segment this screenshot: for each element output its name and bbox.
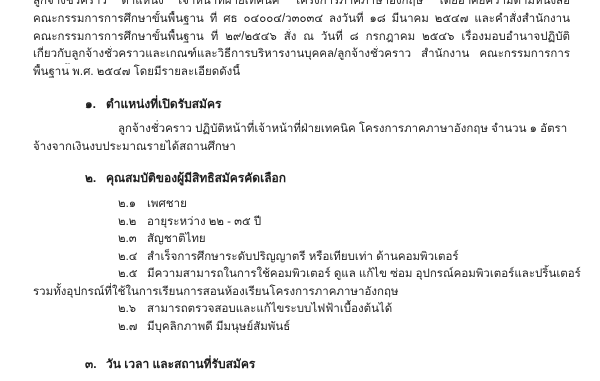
list-item-number: ๒.๓ (118, 231, 147, 249)
list-item-continuation: รวมทั้งอุปกรณ์ที่ใช้ในการเรียนการสอนห้อง… (33, 284, 399, 302)
list-item-text: เพศชาย (147, 198, 187, 210)
intro-line: เกี่ยวกับลูกจ้างชั่วคราวและเกณฑ์และวิธีก… (33, 46, 570, 64)
section-1-body-line: จ้างจากเงินงบประมาณรายได้สถานศึกษา (33, 139, 236, 157)
intro-paragraph: ลูกจ้างชั่วคราว ตำแหน่ง เจ้าหน้าที่ฝ่ายเ… (33, 0, 570, 82)
list-item-text: สำเร็จการศึกษาระดับปริญญาตรี หรือเทียบเท… (147, 251, 459, 263)
list-item: ๒.๒อายุระหว่าง ๒๒ - ๓๕ ปี (118, 214, 261, 232)
list-item: ๒.๔สำเร็จการศึกษาระดับปริญญาตรี หรือเทีย… (118, 249, 459, 267)
list-item-number: ๒.๑ (118, 196, 147, 214)
list-item: ๒.๕มีความสามารถในการใช้คอมพิวเตอร์ ดูแล … (118, 266, 581, 284)
list-item-text: มีบุคลิกภาพดี มีมนุษย์สัมพันธ์ (147, 321, 290, 333)
section-title: ตำแหน่งที่เปิดรับสมัคร (106, 97, 221, 111)
list-item: ๒.๑เพศชาย (118, 196, 187, 214)
section-number: ๓. (85, 356, 106, 374)
list-item: ๒.๓สัญชาติไทย (118, 231, 206, 249)
section-title: วัน เวลา และสถานที่รับสมัคร (106, 357, 255, 371)
list-item-number: ๒.๕ (118, 266, 147, 284)
list-item-number: ๒.๖ (118, 301, 147, 319)
intro-line: คณะกรรมการการศึกษาขั้นพื้นฐาน ที่ ศธ ๐๔๐… (33, 11, 570, 29)
section-3-heading: ๓.วัน เวลา และสถานที่รับสมัคร (85, 356, 255, 374)
intro-line: พื้นฐาน พ.ศ. ๒๕๔๗ โดยมีรายละเอียดดังนี้ (33, 64, 570, 82)
document-page: ลูกจ้างชั่วคราว ตำแหน่ง เจ้าหน้าที่ฝ่ายเ… (33, 0, 570, 381)
list-item-number: ๒.๒ (118, 214, 147, 232)
section-title: คุณสมบัติของผู้มีสิทธิสมัครคัดเลือก (106, 171, 286, 185)
list-item-text: สามารถตรวจสอบและแก้ไขระบบไฟฟ้าเบื้องต้นไ… (147, 303, 392, 315)
section-2-heading: ๒.คุณสมบัติของผู้มีสิทธิสมัครคัดเลือก (85, 170, 286, 188)
section-1-heading: ๑.ตำแหน่งที่เปิดรับสมัคร (85, 96, 221, 114)
intro-line: คณะกรรมการการศึกษาขั้นพื้นฐาน ที่ ๒๙/๒๕๔… (33, 29, 570, 47)
list-item-text: อายุระหว่าง ๒๒ - ๓๕ ปี (147, 216, 261, 228)
list-item: ๒.๗มีบุคลิกภาพดี มีมนุษย์สัมพันธ์ (118, 319, 290, 337)
list-item-number: ๒.๗ (118, 319, 147, 337)
list-item-text: สัญชาติไทย (147, 233, 206, 245)
list-item-text: มีความสามารถในการใช้คอมพิวเตอร์ ดูแล แก้… (147, 268, 581, 280)
list-item: ๒.๖สามารถตรวจสอบและแก้ไขระบบไฟฟ้าเบื้องต… (118, 301, 392, 319)
intro-line: ลูกจ้างชั่วคราว ตำแหน่ง เจ้าหน้าที่ฝ่ายเ… (33, 0, 570, 11)
section-number: ๒. (85, 170, 106, 188)
list-item-number: ๒.๔ (118, 249, 147, 267)
section-number: ๑. (85, 96, 106, 114)
section-1-body-line: ลูกจ้างชั่วคราว ปฏิบัติหน้าที่เจ้าหน้าที… (118, 121, 567, 139)
